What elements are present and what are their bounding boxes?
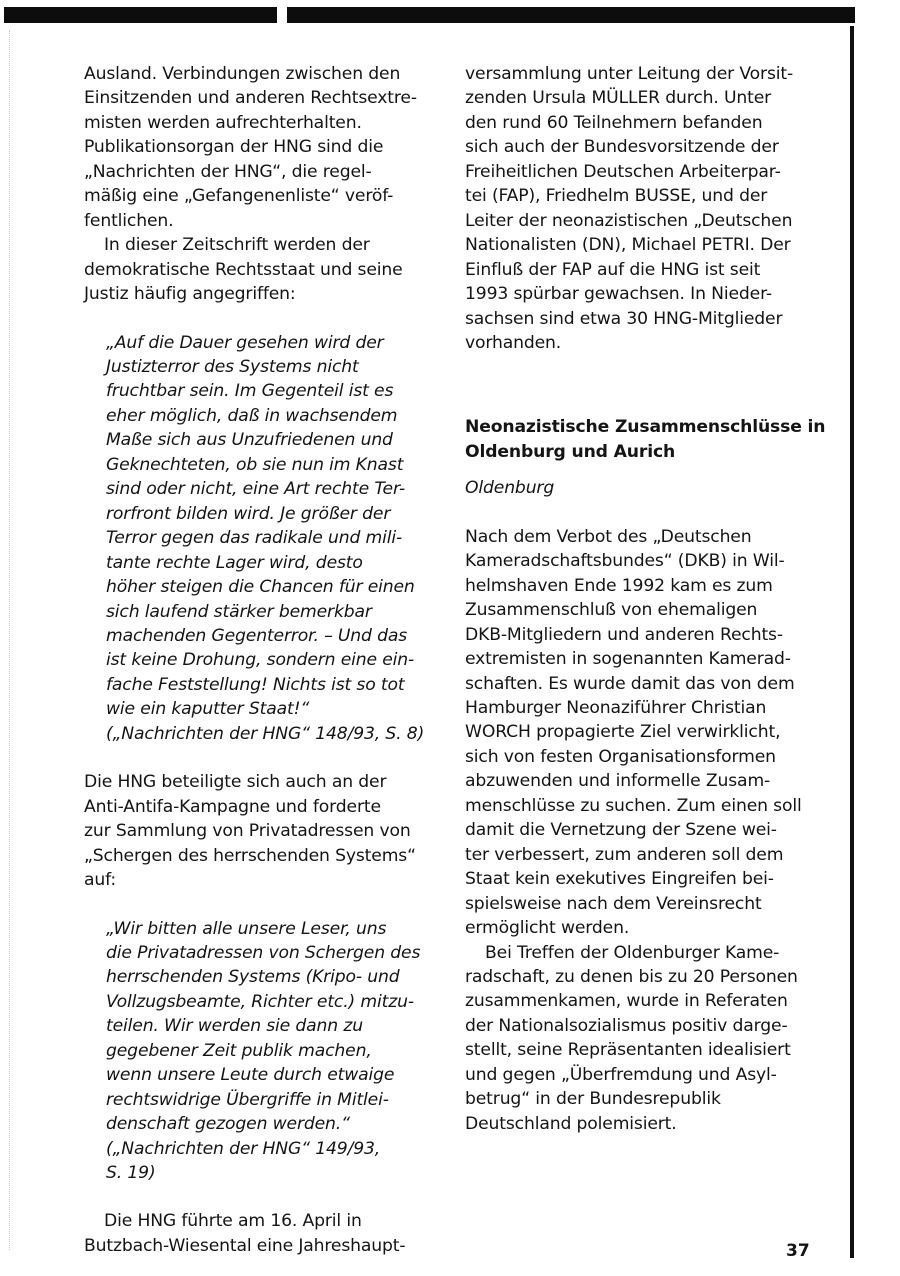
text-line: Einfluß der FAP auf die HNG ist seit bbox=[465, 258, 815, 282]
quote-line: wie ein kaputter Staat!“ bbox=[84, 697, 434, 721]
text-line: Leiter der neonazistischen „Deutschen bbox=[465, 209, 815, 233]
text-line: sich auch der Bundesvorsitzende der bbox=[465, 135, 815, 159]
text-line: Butzbach-Wiesental eine Jahreshaupt- bbox=[84, 1234, 434, 1258]
quote-line: machenden Gegenterror. – Und das bbox=[84, 624, 434, 648]
text-line: auf: bbox=[84, 868, 434, 892]
text-line: extremisten in sogenannten Kamerad- bbox=[465, 647, 815, 671]
quote-line: Maße sich aus Unzufriedenen und bbox=[84, 428, 434, 452]
text-line: Nach dem Verbot des „Deutschen bbox=[465, 525, 815, 549]
quote-line: „Auf die Dauer gesehen wird der bbox=[84, 331, 434, 355]
block-quote: „Auf die Dauer gesehen wird der Justizte… bbox=[84, 331, 434, 747]
text-line: „Schergen des herrschenden Systems“ bbox=[84, 844, 434, 868]
text-line: der Nationalsozialismus positiv darge- bbox=[465, 1014, 815, 1038]
text-line: versammlung unter Leitung der Vorsit- bbox=[465, 62, 815, 86]
top-header-bar-left bbox=[4, 7, 277, 23]
paragraph: Nach dem Verbot des „Deutschen Kameradsc… bbox=[465, 525, 815, 941]
text-line: Staat kein exekutives Eingreifen bei- bbox=[465, 867, 815, 891]
text-line: DKB-Mitgliedern und anderen Rechts- bbox=[465, 623, 815, 647]
text-line: ermöglicht werden. bbox=[465, 916, 815, 940]
text-line: menschlüsse zu suchen. Zum einen soll bbox=[465, 794, 815, 818]
quote-line: Geknechteten, ob sie nun im Knast bbox=[84, 453, 434, 477]
text-line: Die HNG führte am 16. April in bbox=[84, 1209, 434, 1233]
quote-line: „Wir bitten alle unsere Leser, uns bbox=[84, 917, 434, 941]
text-line: den rund 60 Teilnehmern befanden bbox=[465, 111, 815, 135]
quote-line: eher möglich, daß in wachsendem bbox=[84, 404, 434, 428]
text-line: spielsweise nach dem Vereinsrecht bbox=[465, 892, 815, 916]
right-column: versammlung unter Leitung der Vorsit- ze… bbox=[465, 62, 815, 1136]
text-line: und gegen „Überfremdung und Asyl- bbox=[465, 1063, 815, 1087]
quote-line: fache Feststellung! Nichts ist so tot bbox=[84, 673, 434, 697]
paragraph: versammlung unter Leitung der Vorsit- ze… bbox=[465, 62, 815, 355]
quote-line: denschaft gezogen werden.“ bbox=[84, 1112, 434, 1136]
block-quote: „Wir bitten alle unsere Leser, uns die P… bbox=[84, 917, 434, 1186]
text-line: zenden Ursula MÜLLER durch. Unter bbox=[465, 86, 815, 110]
quote-line: herrschenden Systems (Kripo- und bbox=[84, 965, 434, 989]
text-line: Einsitzenden und anderen Rechtsextre- bbox=[84, 86, 434, 110]
quote-line: Vollzugsbeamte, Richter etc.) mitzu- bbox=[84, 990, 434, 1014]
text-line: helmshaven Ende 1992 kam es zum bbox=[465, 574, 815, 598]
section-heading: Neonazistische Zusammenschlüsse in Olden… bbox=[465, 415, 815, 464]
text-line: In dieser Zeitschrift werden der bbox=[84, 233, 434, 257]
text-line: Publikationsorgan der HNG sind die bbox=[84, 135, 434, 159]
paragraph: Ausland. Verbindungen zwischen den Einsi… bbox=[84, 62, 434, 233]
quote-line: teilen. Wir werden sie dann zu bbox=[84, 1014, 434, 1038]
text-line: stellt, seine Repräsentanten idealisiert bbox=[465, 1038, 815, 1062]
quote-line: höher steigen die Chancen für einen bbox=[84, 575, 434, 599]
page-number: 37 bbox=[786, 1241, 810, 1261]
quote-line: ist keine Drohung, sondern eine ein- bbox=[84, 648, 434, 672]
scan-edge-specks bbox=[9, 30, 11, 1250]
quote-line: rorfront bilden wird. Je größer der bbox=[84, 502, 434, 526]
quote-line: sich laufend stärker bemerkbar bbox=[84, 600, 434, 624]
text-line: ter verbessert, zum anderen soll dem bbox=[465, 843, 815, 867]
quote-line: die Privatadressen von Schergen des bbox=[84, 941, 434, 965]
text-line: demokratische Rechtsstaat und seine bbox=[84, 258, 434, 282]
text-line: tei (FAP), Friedhelm BUSSE, und der bbox=[465, 184, 815, 208]
text-line: Freiheitlichen Deutschen Arbeiterpar- bbox=[465, 160, 815, 184]
quote-line: tante rechte Lager wird, desto bbox=[84, 551, 434, 575]
quote-line: Justizterror des Systems nicht bbox=[84, 355, 434, 379]
text-line: WORCH propagierte Ziel verwirklicht, bbox=[465, 720, 815, 744]
quote-line: rechtswidrige Übergriffe in Mitlei- bbox=[84, 1088, 434, 1112]
text-line: 1993 spürbar gewachsen. In Nieder- bbox=[465, 282, 815, 306]
left-column: Ausland. Verbindungen zwischen den Einsi… bbox=[84, 62, 434, 1258]
top-header-bar-right bbox=[287, 7, 855, 23]
paragraph: In dieser Zeitschrift werden der demokra… bbox=[84, 233, 434, 306]
text-line: abzuwenden und informelle Zusam- bbox=[465, 769, 815, 793]
quote-citation: („Nachrichten der HNG“ 148/93, S. 8) bbox=[84, 722, 434, 746]
text-line: fentlichen. bbox=[84, 209, 434, 233]
text-line: Kameradschaftsbundes“ (DKB) in Wil- bbox=[465, 549, 815, 573]
heading-line: Neonazistische Zusammenschlüsse in bbox=[465, 415, 815, 439]
text-line: sich von festen Organisationsformen bbox=[465, 745, 815, 769]
subsection-heading: Oldenburg bbox=[465, 476, 815, 500]
text-line: Bei Treffen der Oldenburger Kame- bbox=[465, 941, 815, 965]
quote-line: sind oder nicht, eine Art rechte Ter- bbox=[84, 477, 434, 501]
quote-line: Terror gegen das radikale und mili- bbox=[84, 526, 434, 550]
text-line: Anti-Antifa-Kampagne und forderte bbox=[84, 795, 434, 819]
text-line: radschaft, zu denen bis zu 20 Personen bbox=[465, 965, 815, 989]
text-line: misten werden aufrechterhalten. bbox=[84, 111, 434, 135]
text-line: Die HNG beteiligte sich auch an der bbox=[84, 770, 434, 794]
text-line: Hamburger Neonaziführer Christian bbox=[465, 696, 815, 720]
text-line: Zusammenschluß von ehemaligen bbox=[465, 598, 815, 622]
quote-citation: („Nachrichten der HNG“ 149/93, bbox=[84, 1137, 434, 1161]
paragraph: Bei Treffen der Oldenburger Kame- radsch… bbox=[465, 941, 815, 1137]
quote-line: wenn unsere Leute durch etwaige bbox=[84, 1063, 434, 1087]
text-line: Ausland. Verbindungen zwischen den bbox=[84, 62, 434, 86]
quote-citation: S. 19) bbox=[84, 1161, 434, 1185]
heading-line: Oldenburg und Aurich bbox=[465, 440, 815, 464]
text-line: betrug“ in der Bundesrepublik bbox=[465, 1087, 815, 1111]
text-line: schaften. Es wurde damit das von dem bbox=[465, 672, 815, 696]
text-line: vorhanden. bbox=[465, 331, 815, 355]
text-line: „Nachrichten der HNG“, die regel- bbox=[84, 160, 434, 184]
text-line: Deutschland polemisiert. bbox=[465, 1112, 815, 1136]
text-line: Nationalisten (DN), Michael PETRI. Der bbox=[465, 233, 815, 257]
text-line: mäßig eine „Gefangenenliste“ veröf- bbox=[84, 184, 434, 208]
quote-line: fruchtbar sein. Im Gegenteil ist es bbox=[84, 379, 434, 403]
paragraph: Die HNG beteiligte sich auch an der Anti… bbox=[84, 770, 434, 892]
right-margin-rule bbox=[850, 26, 854, 1258]
text-line: sachsen sind etwa 30 HNG-Mitglieder bbox=[465, 307, 815, 331]
text-line: Justiz häufig angegriffen: bbox=[84, 282, 434, 306]
text-line: damit die Vernetzung der Szene wei- bbox=[465, 818, 815, 842]
quote-line: gegebener Zeit publik machen, bbox=[84, 1039, 434, 1063]
text-line: zusammenkamen, wurde in Referaten bbox=[465, 989, 815, 1013]
text-line: zur Sammlung von Privatadressen von bbox=[84, 819, 434, 843]
paragraph: Die HNG führte am 16. April in Butzbach-… bbox=[84, 1209, 434, 1258]
